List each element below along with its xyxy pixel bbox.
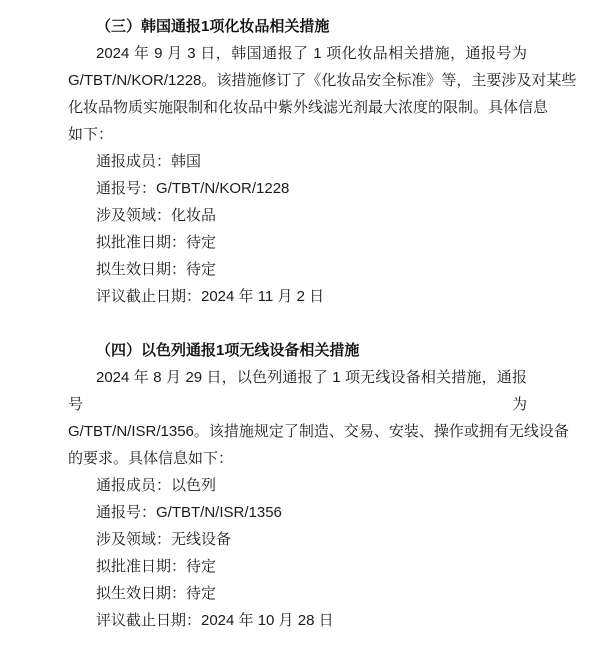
document-page: （三）韩国通报1项化妆品相关措施 2024 年 9 月 3 日，韩国通报了 1 …	[0, 0, 589, 672]
section-korea: （三）韩国通报1项化妆品相关措施 2024 年 9 月 3 日，韩国通报了 1 …	[68, 13, 527, 310]
detail-notification-number: 通报号：G/TBT/N/KOR/1228	[68, 175, 527, 202]
detail-comment-deadline: 评议截止日期：2024 年 10 月 28 日	[68, 607, 527, 634]
detail-field: 涉及领域：化妆品	[68, 202, 527, 229]
paragraph-line: 2024 年 9 月 3 日，韩国通报了 1 项化妆品相关措施，通报号为	[68, 40, 527, 67]
detail-approval-date: 拟批准日期：待定	[68, 229, 527, 256]
paragraph-line: G/TBT/N/KOR/1228。该措施修订了《化妆品安全标准》等，主要涉及对某…	[68, 67, 527, 94]
paragraph-line: 2024 年 8 月 29 日，以色列通报了 1 项无线设备相关措施，通报号为	[68, 364, 527, 418]
detail-effective-date: 拟生效日期：待定	[68, 580, 527, 607]
paragraph-line: G/TBT/N/ISR/1356。该措施规定了制造、交易、安装、操作或拥有无线设…	[68, 418, 527, 445]
section-korea-heading: （三）韩国通报1项化妆品相关措施	[68, 13, 527, 40]
section-israel-details: 通报成员：以色列 通报号：G/TBT/N/ISR/1356 涉及领域：无线设备 …	[68, 472, 527, 634]
paragraph-line: 的要求。具体信息如下：	[68, 445, 527, 472]
detail-effective-date: 拟生效日期：待定	[68, 256, 527, 283]
section-israel-paragraph: 2024 年 8 月 29 日，以色列通报了 1 项无线设备相关措施，通报号为 …	[68, 364, 527, 472]
paragraph-line: 化妆品物质实施限制和化妆品中紫外线滤光剂最大浓度的限制。具体信息	[68, 94, 527, 121]
detail-member: 通报成员：韩国	[68, 148, 527, 175]
detail-notification-number: 通报号：G/TBT/N/ISR/1356	[68, 499, 527, 526]
section-israel: （四）以色列通报1项无线设备相关措施 2024 年 8 月 29 日，以色列通报…	[68, 337, 527, 634]
section-korea-paragraph: 2024 年 9 月 3 日，韩国通报了 1 项化妆品相关措施，通报号为 G/T…	[68, 40, 527, 148]
paragraph-line: 如下：	[68, 121, 527, 148]
section-korea-details: 通报成员：韩国 通报号：G/TBT/N/KOR/1228 涉及领域：化妆品 拟批…	[68, 148, 527, 310]
detail-approval-date: 拟批准日期：待定	[68, 553, 527, 580]
detail-member: 通报成员：以色列	[68, 472, 527, 499]
detail-comment-deadline: 评议截止日期：2024 年 11 月 2 日	[68, 283, 527, 310]
section-israel-heading: （四）以色列通报1项无线设备相关措施	[68, 337, 527, 364]
detail-field: 涉及领域：无线设备	[68, 526, 527, 553]
